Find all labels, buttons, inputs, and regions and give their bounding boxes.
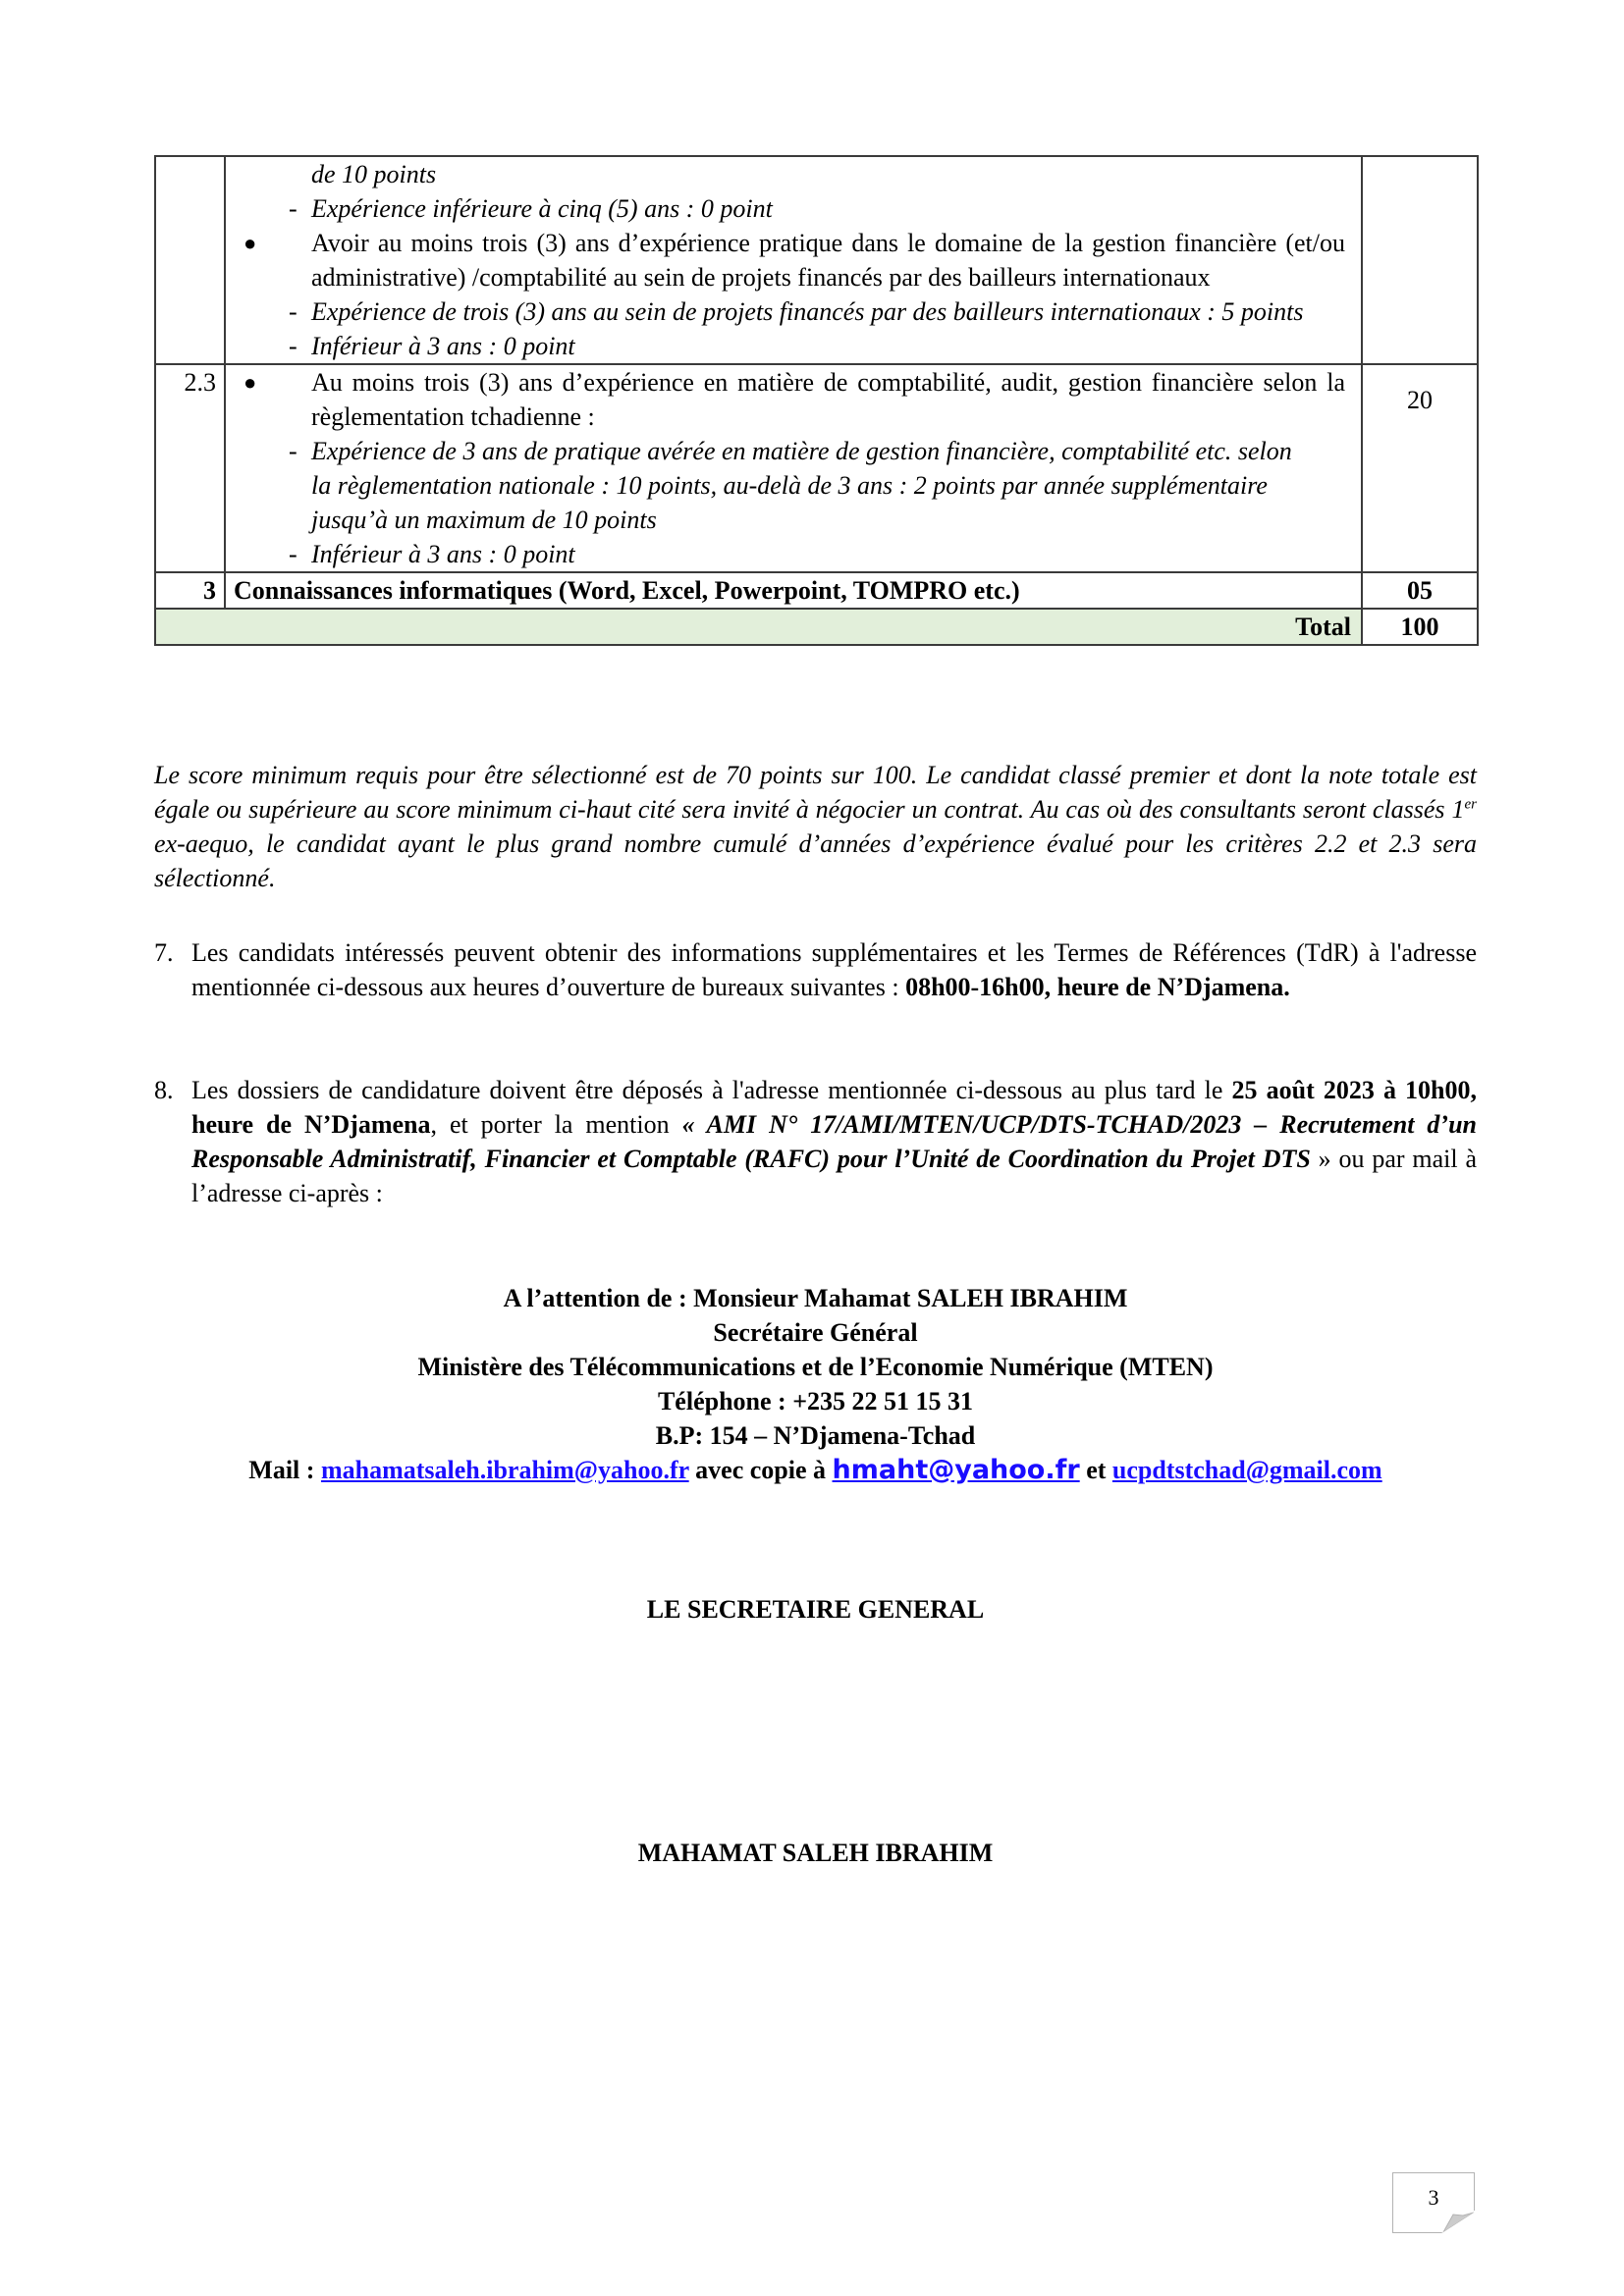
email-link-primary[interactable]: mahamatsaleh.ibrahim@yahoo.fr xyxy=(321,1456,689,1484)
sub-criterion: -Expérience de 3 ans de pratique avérée … xyxy=(226,434,1361,537)
bullet-icon: ● xyxy=(244,365,256,400)
table-row-continuation: de 10 points -Expérience inférieure à ci… xyxy=(155,156,1478,364)
address-block: A l’attention de : Monsieur Mahamat SALE… xyxy=(154,1281,1477,1487)
email-link-ucp[interactable]: ucpdtstchad@gmail.com xyxy=(1112,1456,1382,1484)
table-row-2-3: 2.3 ●Au moins trois (3) ans d’expérience… xyxy=(155,364,1478,572)
dash-marker: - xyxy=(289,329,298,363)
bullet-icon: ● xyxy=(244,226,256,260)
sub-criterion: -Inférieur à 3 ans : 0 point xyxy=(226,537,1361,571)
phone-number: Téléphone : +235 22 51 15 31 xyxy=(154,1384,1477,1418)
recipient-title: Secrétaire Général xyxy=(154,1315,1477,1350)
email-link-copy[interactable]: hmaht@yahoo.fr xyxy=(833,1455,1080,1485)
criterion-description-cell: de 10 points -Expérience inférieure à ci… xyxy=(225,156,1362,364)
table-row-total: Total 100 xyxy=(155,609,1478,645)
criterion-score: 05 xyxy=(1362,572,1478,609)
document-page: de 10 points -Expérience inférieure à ci… xyxy=(0,0,1624,2296)
ministry-name: Ministère des Télécommunications et de l… xyxy=(154,1350,1477,1384)
criterion-number: 3 xyxy=(155,572,225,609)
signature-name: MAHAMAT SALEH IBRAHIM xyxy=(154,1836,1477,1870)
total-value: 100 xyxy=(1362,609,1478,645)
page-curl-icon xyxy=(1441,2211,1475,2234)
dash-marker: - xyxy=(289,434,298,468)
total-label: Total xyxy=(155,609,1362,645)
criterion-score: 20 xyxy=(1362,364,1478,572)
item-number: 8. xyxy=(154,1073,174,1107)
table-row-3: 3 Connaissances informatiques (Word, Exc… xyxy=(155,572,1478,609)
continuation-line: de 10 points xyxy=(226,157,1361,191)
minimum-score-paragraph: Le score minimum requis pour être sélect… xyxy=(154,758,1477,895)
criterion-label: Connaissances informatiques (Word, Excel… xyxy=(225,572,1362,609)
criterion-bullet: ●Avoir au moins trois (3) ans d’expérien… xyxy=(226,226,1361,294)
criterion-description-cell: ●Au moins trois (3) ans d’expérience en … xyxy=(225,364,1362,572)
signature-role: LE SECRETAIRE GENERAL xyxy=(154,1592,1477,1627)
po-box: B.P: 154 – N’Djamena-Tchad xyxy=(154,1418,1477,1453)
criterion-number-cell xyxy=(155,156,225,364)
criterion-number: 2.3 xyxy=(155,364,225,572)
sub-criterion: -Expérience de trois (3) ans au sein de … xyxy=(226,294,1361,329)
item-number: 7. xyxy=(154,935,174,970)
mail-line: Mail : mahamatsaleh.ibrahim@yahoo.fr ave… xyxy=(154,1453,1477,1487)
dash-marker: - xyxy=(289,537,298,571)
numbered-item-8: 8. Les dossiers de candidature doivent ê… xyxy=(154,1073,1477,1210)
attention-line: A l’attention de : Monsieur Mahamat SALE… xyxy=(154,1281,1477,1315)
sub-criterion: -Inférieur à 3 ans : 0 point xyxy=(226,329,1361,363)
criterion-score-cell xyxy=(1362,156,1478,364)
dash-marker: - xyxy=(289,191,298,226)
dash-marker: - xyxy=(289,294,298,329)
criterion-bullet: ●Au moins trois (3) ans d’expérience en … xyxy=(226,365,1361,434)
numbered-item-7: 7. Les candidats intéressés peuvent obte… xyxy=(154,935,1477,1004)
evaluation-criteria-table: de 10 points -Expérience inférieure à ci… xyxy=(154,155,1479,646)
sub-criterion: -Expérience inférieure à cinq (5) ans : … xyxy=(226,191,1361,226)
